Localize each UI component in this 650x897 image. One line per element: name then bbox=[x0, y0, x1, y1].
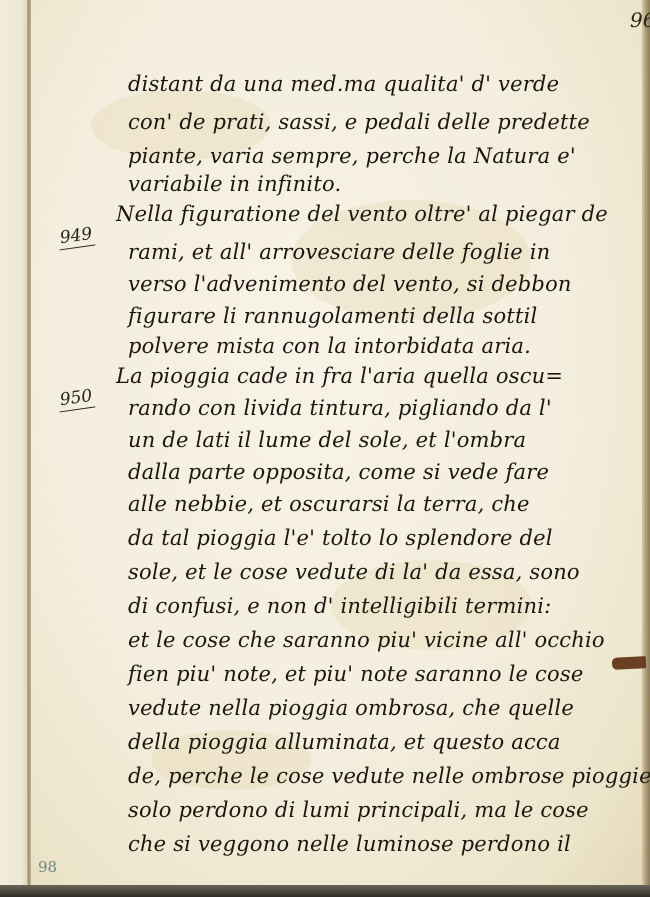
text-line: et le cose che saranno piu' vicine all' … bbox=[128, 628, 605, 652]
text-line: La pioggia cade in fra l'aria quella osc… bbox=[116, 364, 563, 388]
text-line: fien piu' note, et piu' note saranno le … bbox=[128, 662, 583, 686]
text-line: alle nebbie, et oscurarsi la terra, che bbox=[128, 492, 530, 516]
text-line: variabile in infinito. bbox=[128, 172, 341, 196]
text-line: un de lati il lume del sole, et l'ombra bbox=[128, 428, 526, 452]
text-line: di confusi, e non d' intelligibili termi… bbox=[128, 594, 551, 618]
facing-page-edge bbox=[0, 0, 30, 897]
text-line: polvere mista con la intorbidata aria. bbox=[128, 334, 531, 358]
text-line: figurare li rannugolamenti della sottil bbox=[128, 304, 537, 328]
text-line: rami, et all' arrovesciare delle foglie … bbox=[128, 240, 550, 264]
text-line: della pioggia alluminata, et questo acca bbox=[128, 730, 561, 754]
text-line: con' de prati, sassi, e pedali delle pre… bbox=[128, 110, 590, 134]
text-line: sole, et le cose vedute di la' da essa, … bbox=[128, 560, 580, 584]
text-line: Nella figuratione del vento oltre' al pi… bbox=[116, 202, 608, 226]
scan-bottom-edge bbox=[0, 885, 650, 897]
archive-stamp-number: 98 bbox=[38, 858, 57, 876]
text-line: che si veggono nelle luminose perdono il bbox=[128, 832, 571, 856]
text-line: rando con livida tintura, pigliando da l… bbox=[128, 396, 552, 420]
text-line: distant da una med.ma qualita' d' verde bbox=[128, 72, 559, 96]
text-line: piante, varia sempre, perche la Natura e… bbox=[128, 144, 576, 168]
text-line: solo perdono di lumi principali, ma le c… bbox=[128, 798, 589, 822]
text-line: de, perche le cose vedute nelle ombrose … bbox=[128, 764, 650, 788]
text-line: verso l'advenimento del vento, si debbon bbox=[128, 272, 572, 296]
page-right-edge bbox=[644, 0, 650, 897]
folio-number: 96 bbox=[630, 8, 650, 32]
text-line: dalla parte opposita, come si vede fare bbox=[128, 460, 549, 484]
text-line: vedute nella pioggia ombrosa, che quelle bbox=[128, 696, 574, 720]
bookmark-tab bbox=[612, 656, 647, 670]
text-line: da tal pioggia l'e' tolto lo splendore d… bbox=[128, 526, 553, 550]
